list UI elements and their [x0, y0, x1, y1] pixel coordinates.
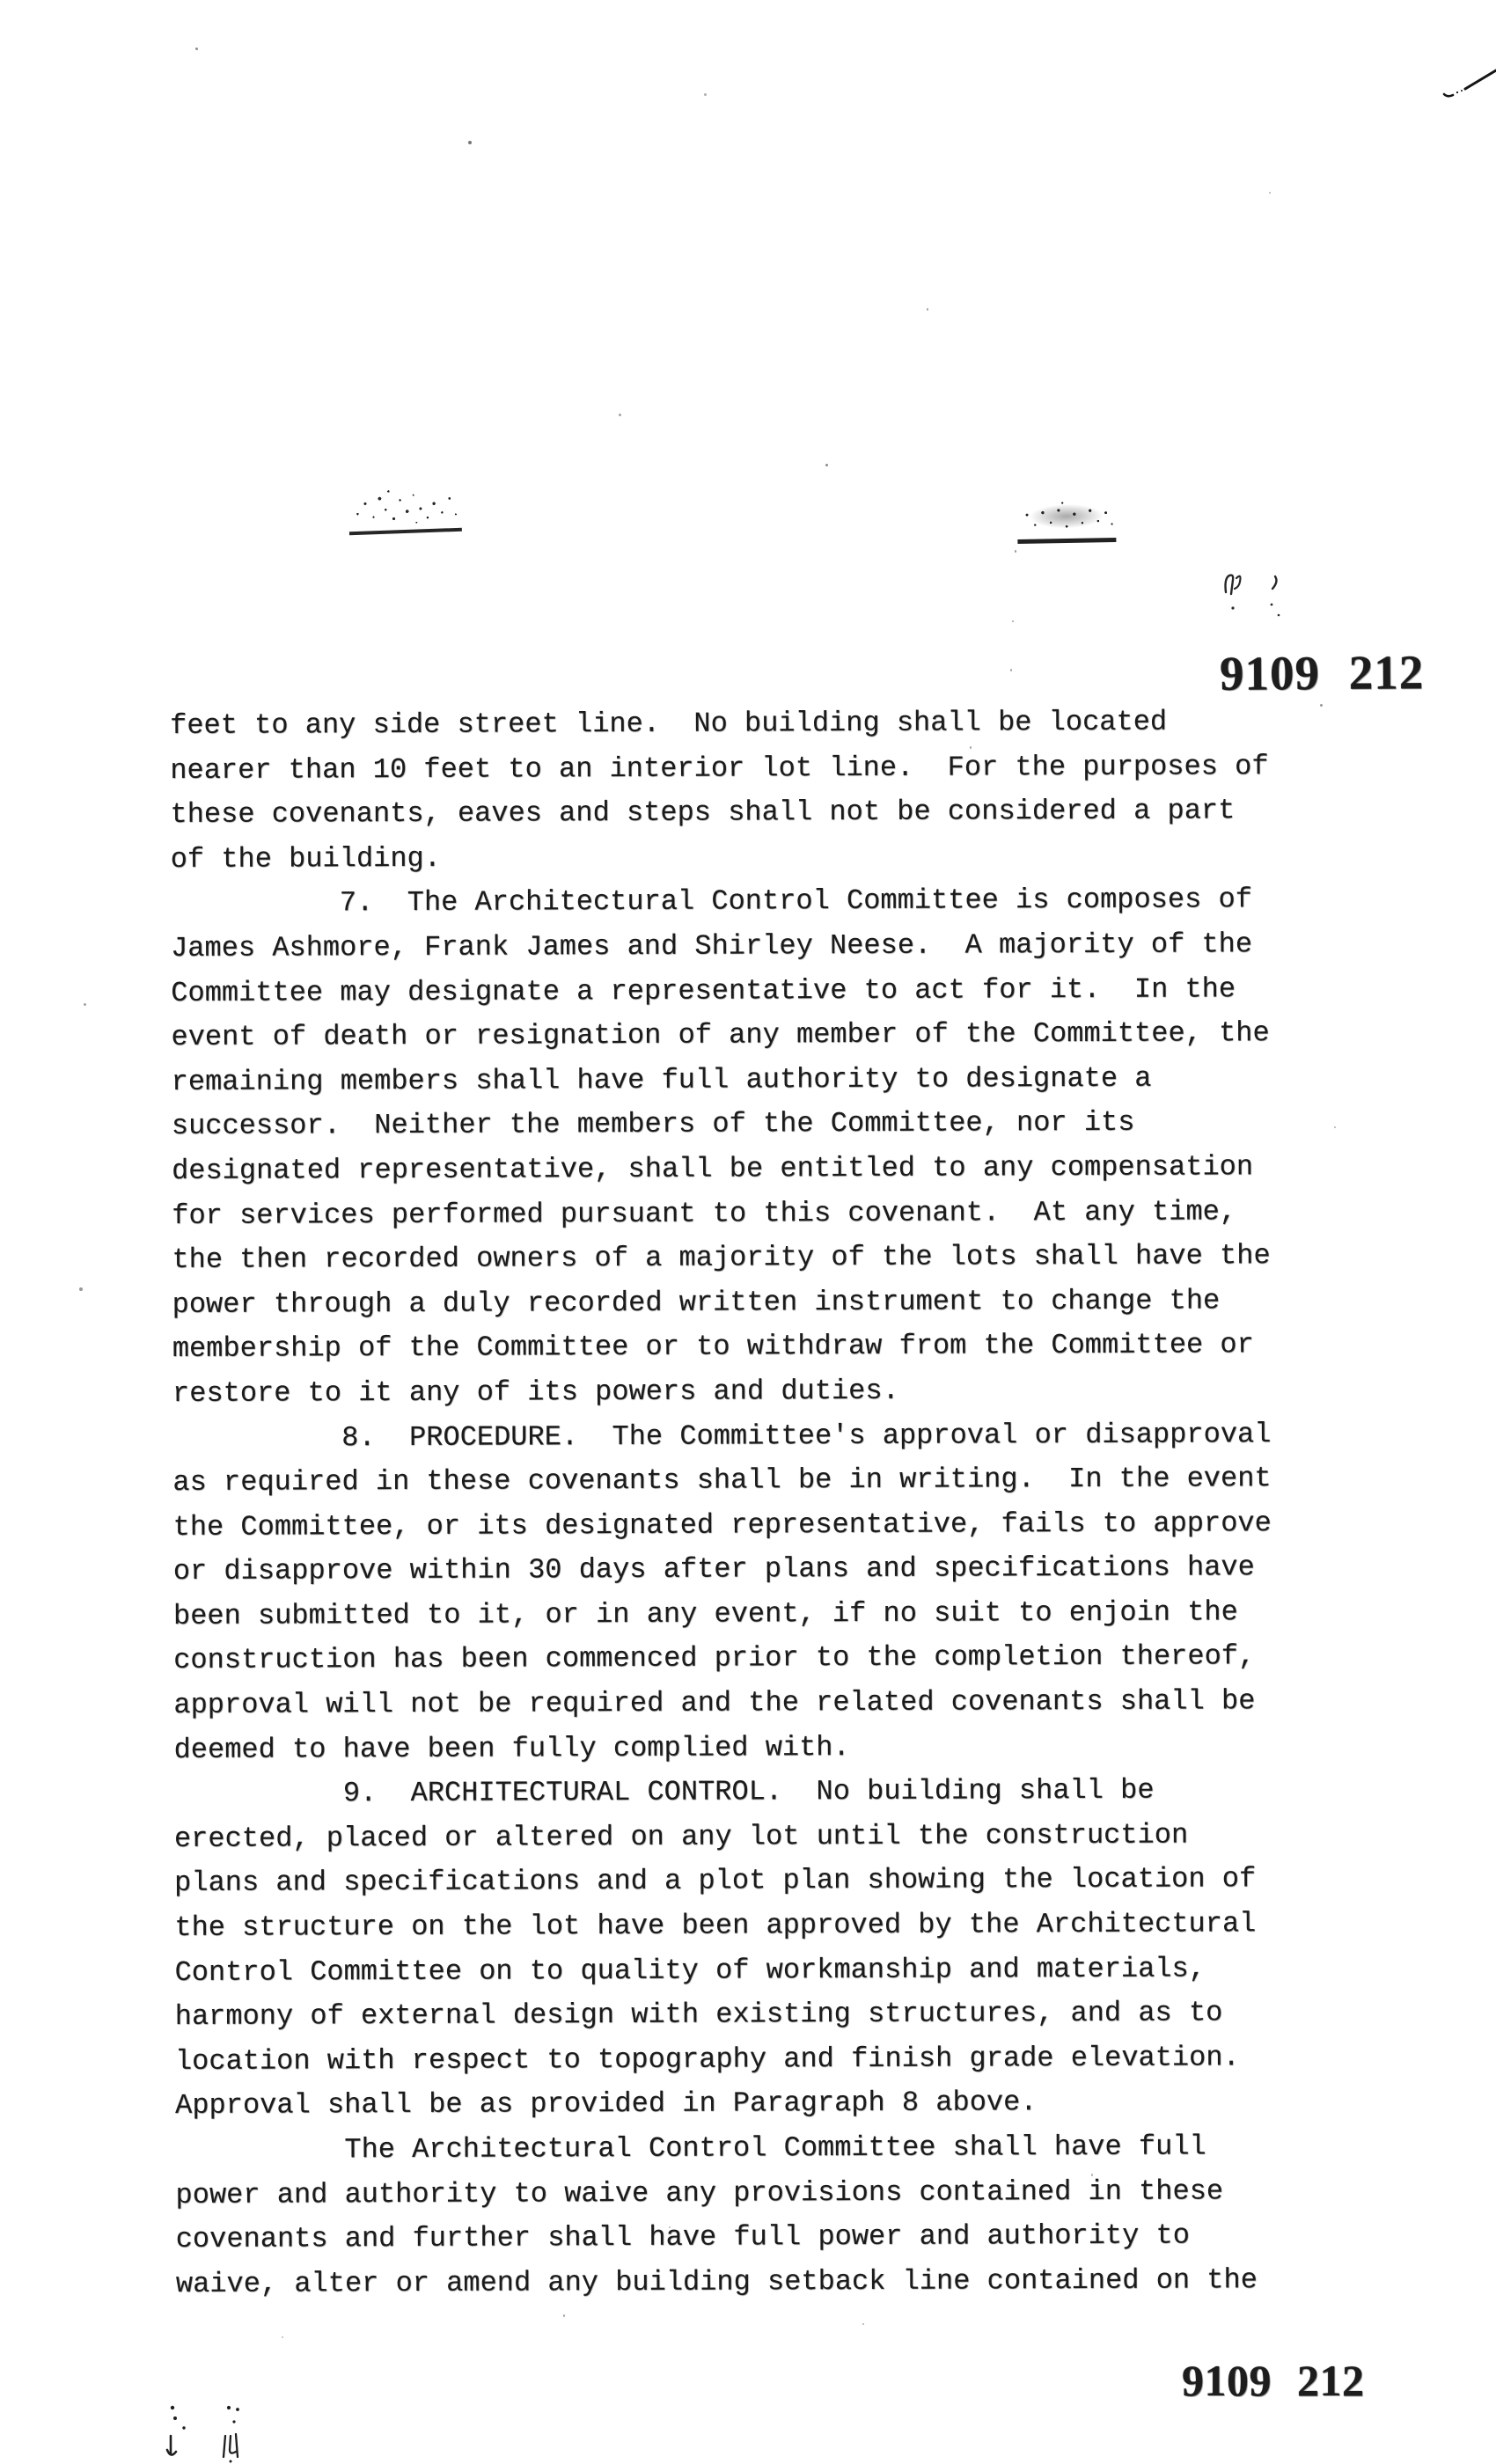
noise-speck	[79, 1287, 83, 1291]
scanned-document-page: 9109 212 feet to any side street line. N…	[0, 0, 1496, 2464]
noise-speck	[927, 308, 928, 311]
noise-speck	[970, 746, 972, 749]
page-number-stamp-top: 9109 212	[1220, 644, 1425, 701]
ink-smudge-left	[348, 482, 462, 535]
noise-speck	[1091, 2174, 1093, 2176]
noise-speck	[1334, 1126, 1336, 1128]
noise-speck	[825, 464, 828, 466]
noise-speck	[1010, 669, 1012, 671]
noise-speck	[1012, 620, 1014, 622]
pencil-marks-bottom-left	[160, 2395, 257, 2464]
pen-stroke-mark	[1441, 65, 1496, 100]
pencil-scribble-top	[1219, 568, 1293, 622]
noise-speck	[195, 48, 198, 50]
noise-speck	[563, 2314, 565, 2317]
document-body-text: feet to any side street line. No buildin…	[170, 700, 1274, 2306]
noise-speck	[282, 2336, 283, 2338]
noise-speck	[862, 2323, 864, 2325]
noise-speck	[1269, 192, 1271, 194]
noise-speck	[468, 141, 472, 144]
ink-smudge-right	[1017, 497, 1117, 544]
noise-speck	[619, 414, 621, 416]
page-number-stamp-bottom: 9109 212	[1182, 2355, 1365, 2406]
noise-speck	[1015, 550, 1016, 553]
noise-speck	[1320, 704, 1323, 707]
noise-speck	[84, 1003, 86, 1006]
noise-speck	[669, 2226, 671, 2228]
noise-speck	[704, 93, 707, 96]
